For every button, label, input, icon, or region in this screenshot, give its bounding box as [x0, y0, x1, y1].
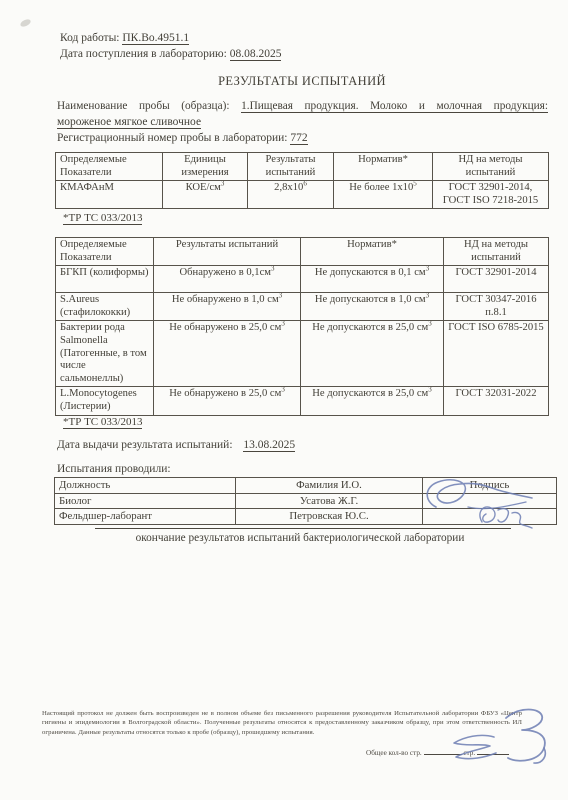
table-row-listeria: L.Monocytogenes (Листерии) Не обнаружено…: [56, 387, 549, 415]
table-row-saureus: S.Aureus (стафилококки) Не обнаружено в …: [56, 293, 549, 321]
sample-name-value-part1: 1.Пищевая продукция. Молоко и молочная п…: [241, 100, 548, 113]
signature-cell: [423, 493, 557, 509]
header-norm: Норматив*: [301, 238, 444, 266]
footnote-tr-ts-1: *ТР ТС 033/2013: [63, 211, 142, 225]
closing-statement: окончание результатов испытаний бактерио…: [60, 532, 540, 544]
result-value: 2,8x10: [274, 182, 303, 193]
disclaimer-text: Настоящий протокол не должен быть воспро…: [42, 709, 522, 737]
name-cell: Петровская Ю.С.: [236, 509, 423, 525]
norm-cell: Не допускаются в 0,1 см3: [301, 266, 444, 293]
kmafanm-results-table: Определяемые Показатели Единицы измерени…: [55, 152, 549, 209]
header-results: Результаты испытаний: [248, 153, 334, 181]
indicator-cell: БГКП (колиформы): [56, 266, 154, 293]
norm-exponent: 5: [413, 181, 417, 188]
header-name: Фамилия И.О.: [236, 478, 423, 494]
page-count-blank-2: [477, 747, 509, 755]
header-norm: Норматив*: [334, 153, 433, 181]
table-row-bgkp: БГКП (колиформы) Обнаружено в 0,1см3 Не …: [56, 266, 549, 293]
sample-name-line1: Наименование пробы (образца): 1.Пищевая …: [57, 99, 548, 113]
unit-value: КОЕ/см: [186, 182, 221, 193]
norm-cell: Не допускаются в 1,0 см3: [301, 293, 444, 321]
unit-exponent: 3: [221, 181, 225, 188]
header-signature: Подпись: [423, 478, 557, 494]
date-received-value: 08.08.2025: [230, 48, 282, 61]
result-cell: Не обнаружено в 25,0 см3: [154, 387, 301, 415]
norm-cell: Не более 1x105: [334, 181, 433, 209]
microbiology-results-table: Определяемые Показатели Результаты испыт…: [55, 237, 549, 416]
header-method: НД на методы испытаний: [433, 153, 549, 181]
signature-cell: [423, 509, 557, 525]
work-code-line: Код работы: ПК.Во.4951.1: [60, 31, 189, 45]
date-received-line: Дата поступления в лабораторию: 08.08.20…: [60, 47, 281, 61]
norm-value: Не более 1x10: [349, 182, 413, 193]
table-row-biologist: Биолог Усатова Ж.Г.: [55, 493, 557, 509]
result-exponent: 6: [303, 181, 307, 188]
header-results: Результаты испытаний: [154, 238, 301, 266]
table-header-row: Определяемые Показатели Единицы измерени…: [56, 153, 549, 181]
page-count-blank-1: [424, 747, 462, 755]
date-issued-label: Дата выдачи результата испытаний:: [57, 439, 233, 451]
reg-number-value: 772: [290, 132, 307, 145]
unit-cell: КОЕ/см3: [163, 181, 248, 209]
table-row-paramedic: Фельдшер-лаборант Петровская Ю.С.: [55, 509, 557, 525]
name-cell: Усатова Ж.Г.: [236, 493, 423, 509]
testers-label: Испытания проводили:: [57, 462, 171, 476]
header-units: Единицы измерения: [163, 153, 248, 181]
header-indicators: Определяемые Показатели: [56, 153, 163, 181]
date-received-label: Дата поступления в лабораторию:: [60, 48, 227, 60]
scan-artifact-mark: [19, 18, 32, 28]
table-header-row: Определяемые Показатели Результаты испыт…: [56, 238, 549, 266]
date-issued-line: Дата выдачи результата испытаний: 13.08.…: [57, 438, 295, 452]
page-count-label: Общее кол-во стр.: [366, 749, 422, 757]
indicator-cell: КМАФАнМ: [56, 181, 163, 209]
indicator-cell: Бактерии рода Salmonella (Патогенные, в …: [56, 321, 154, 387]
page-count-suffix: стр.: [463, 749, 475, 757]
reg-number-label: Регистрационный номер пробы в лаборатори…: [57, 132, 287, 144]
header-method: НД на методы испытаний: [444, 238, 549, 266]
result-cell: Не обнаружено в 1,0 см3: [154, 293, 301, 321]
position-cell: Биолог: [55, 493, 236, 509]
personnel-table: Должность Фамилия И.О. Подпись Биолог Ус…: [54, 477, 557, 525]
work-code-value: ПК.Во.4951.1: [122, 32, 189, 45]
method-cell: ГОСТ 32031-2022: [444, 387, 549, 415]
date-issued-value: 13.08.2025: [243, 439, 295, 452]
closing-divider: [95, 528, 511, 529]
method-cell: ГОСТ 30347-2016 п.8.1: [444, 293, 549, 321]
result-cell: 2,8x106: [248, 181, 334, 209]
page-title: РЕЗУЛЬТАТЫ ИСПЫТАНИЙ: [34, 74, 568, 89]
table-row: КМАФАнМ КОЕ/см3 2,8x106 Не более 1x105 Г…: [56, 181, 549, 209]
method-cell: ГОСТ ISO 6785-2015: [444, 321, 549, 387]
table-row-salmonella: Бактерии рода Salmonella (Патогенные, в …: [56, 321, 549, 387]
sample-name-label: Наименование пробы (образца):: [57, 100, 230, 112]
page-count-line: Общее кол-во стр. стр.: [366, 747, 509, 757]
table-header-row: Должность Фамилия И.О. Подпись: [55, 478, 557, 494]
header-indicators: Определяемые Показатели: [56, 238, 154, 266]
scanned-protocol-page: Код работы: ПК.Во.4951.1 Дата поступлени…: [0, 0, 568, 800]
reg-number-line: Регистрационный номер пробы в лаборатори…: [57, 131, 308, 145]
sample-name-value-part2: мороженое мягкое сливочное: [57, 116, 201, 129]
sample-name-line2: мороженое мягкое сливочное: [57, 115, 201, 129]
method-cell: ГОСТ 32901-2014: [444, 266, 549, 293]
norm-cell: Не допускаются в 25,0 см3: [301, 321, 444, 387]
indicator-cell: S.Aureus (стафилококки): [56, 293, 154, 321]
work-code-label: Код работы:: [60, 32, 120, 44]
result-cell: Обнаружено в 0,1см3: [154, 266, 301, 293]
position-cell: Фельдшер-лаборант: [55, 509, 236, 525]
header-position: Должность: [55, 478, 236, 494]
footnote-tr-ts-2: *ТР ТС 033/2013: [63, 415, 142, 429]
result-cell: Не обнаружено в 25,0 см3: [154, 321, 301, 387]
method-cell: ГОСТ 32901-2014, ГОСТ ISO 7218-2015: [433, 181, 549, 209]
indicator-cell: L.Monocytogenes (Листерии): [56, 387, 154, 415]
norm-cell: Не допускаются в 25,0 см3: [301, 387, 444, 415]
